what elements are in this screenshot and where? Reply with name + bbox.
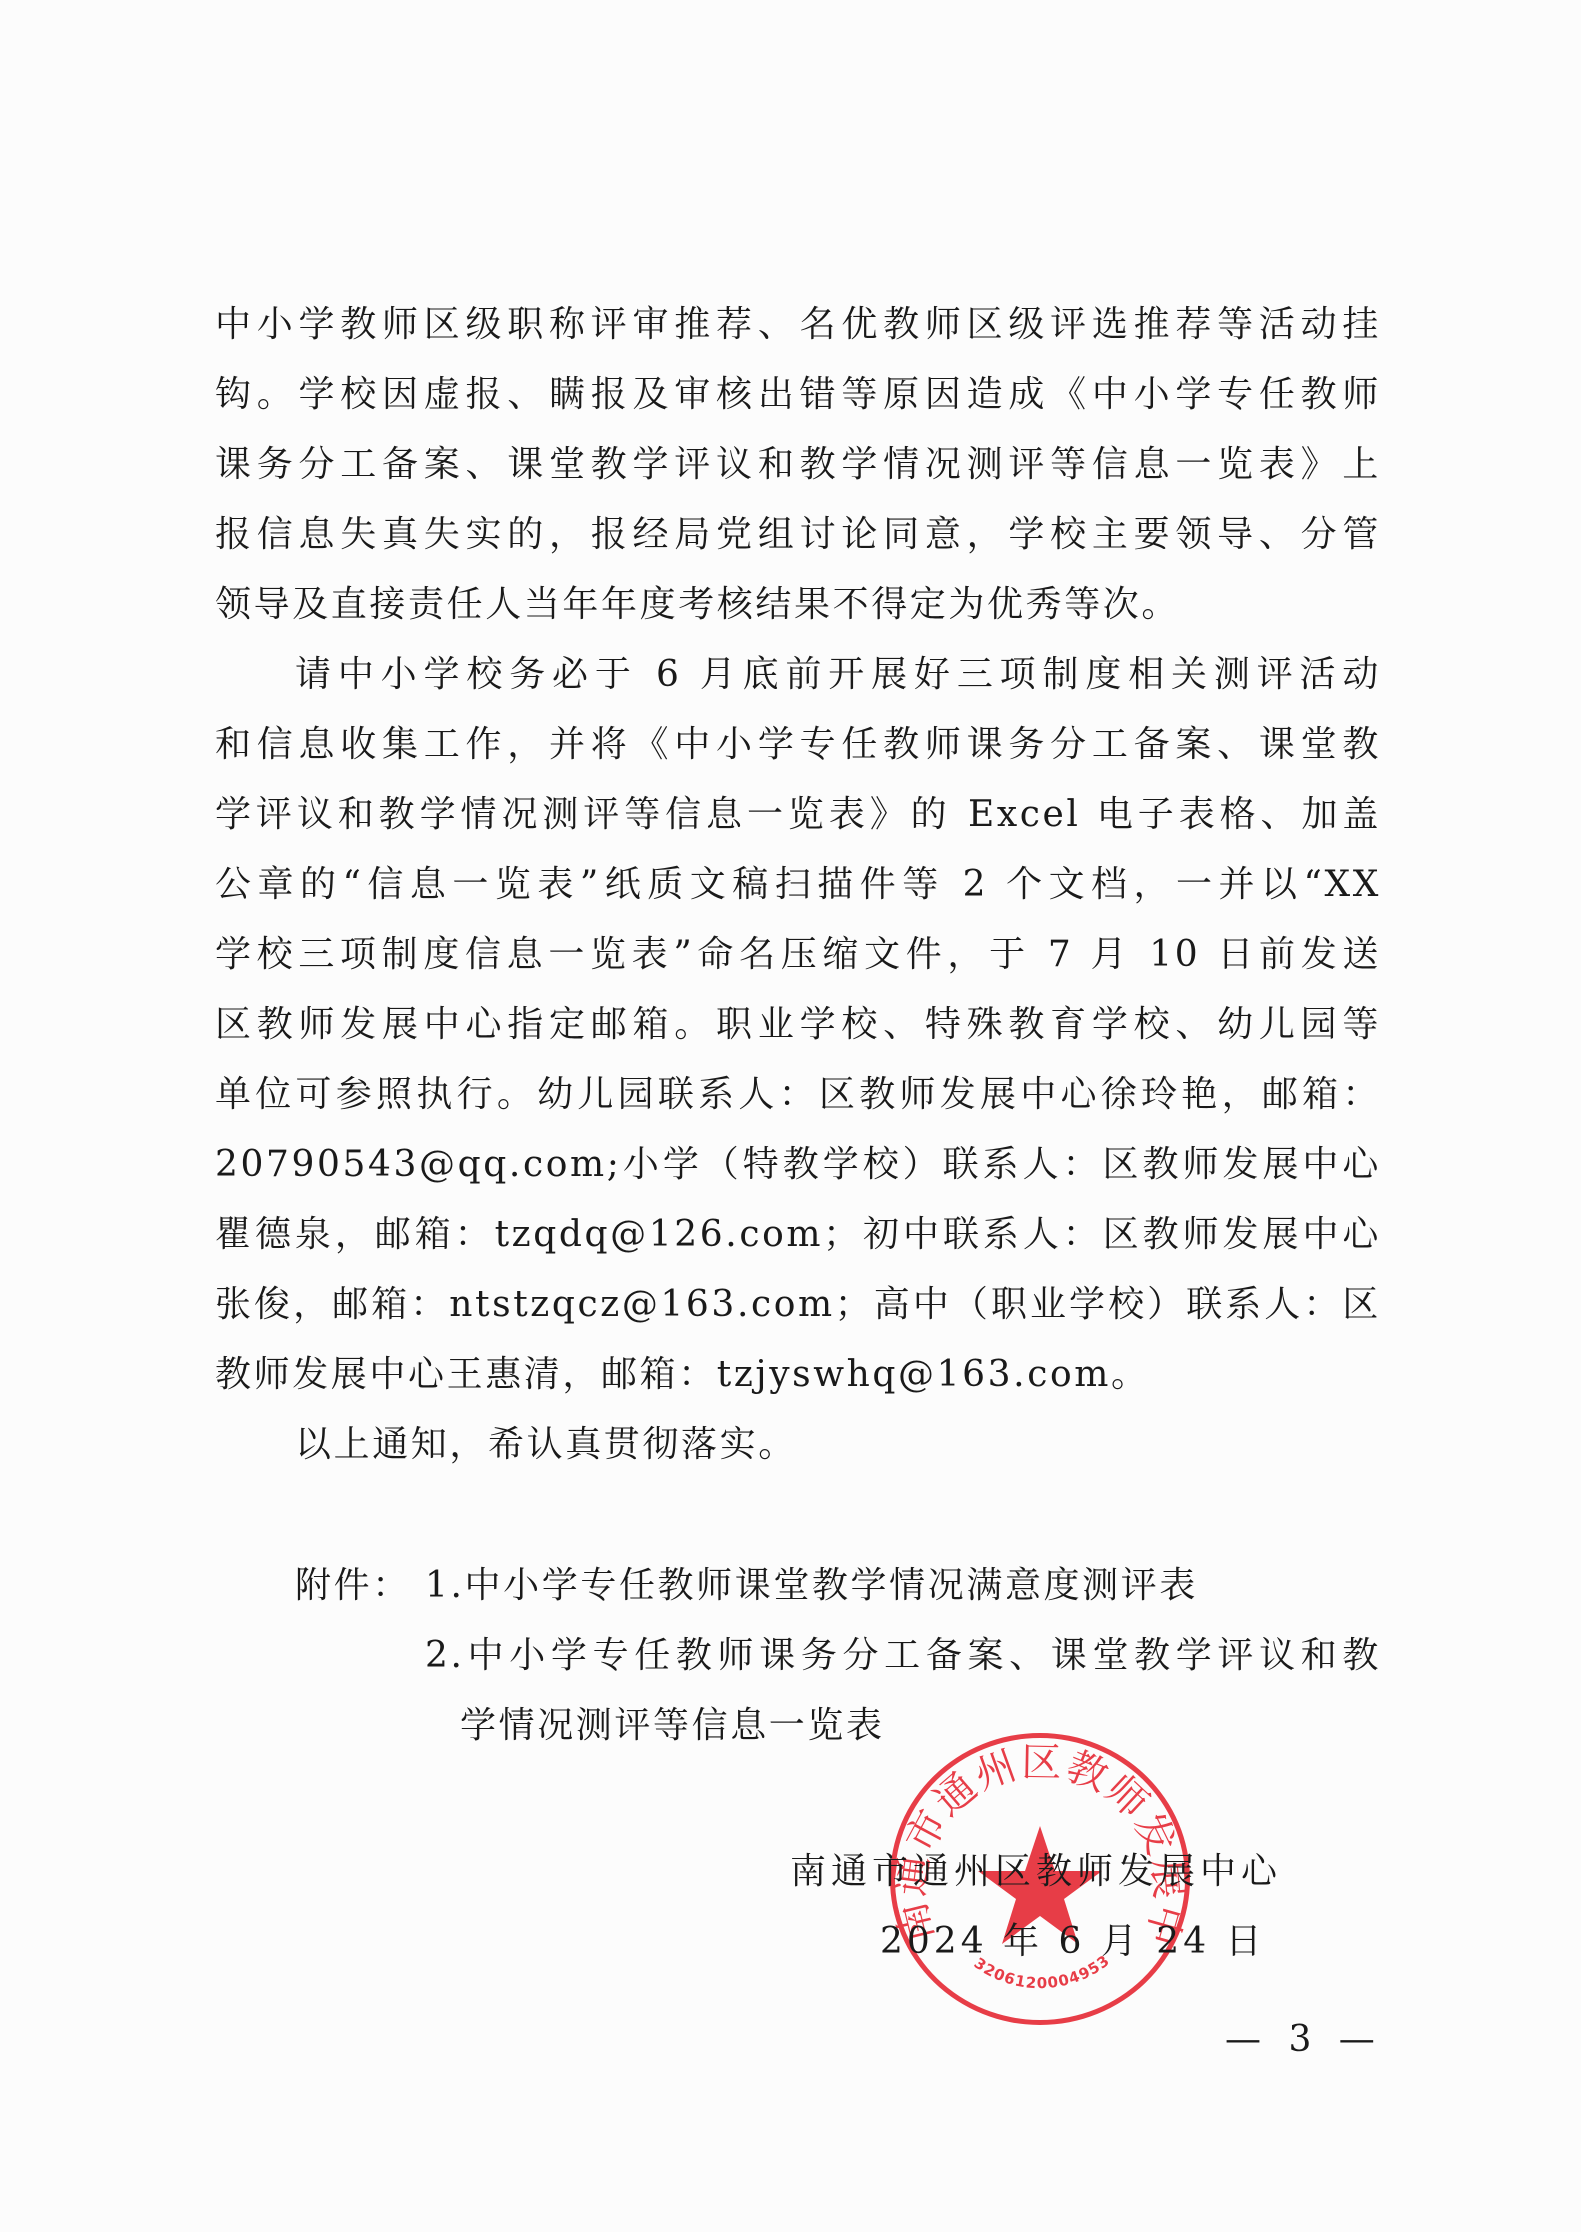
attachment-item-1: 1.中小学专任教师课堂教学情况满意度测评表	[425, 1566, 1581, 1606]
paragraph-2-line-10: 张俊，邮箱：ntstzqcz@163.com；高中（职业学校）联系人：区	[215, 1285, 1381, 1325]
attachment-item-2-line-1: 2.中小学专任教师课务分工备案、课堂教学评议和教	[425, 1636, 1381, 1676]
paragraph-1-line-1: 中小学教师区级职称评审推荐、名优教师区级评选推荐等活动挂	[215, 305, 1381, 345]
paragraph-2-line-5: 学校三项制度信息一览表”命名压缩文件，于 7 月 10 日前发送	[215, 935, 1381, 975]
paragraph-1-line-4: 报信息失真失实的，报经局党组讨论同意，学校主要领导、分管	[215, 515, 1381, 555]
paragraph-1-line-3: 课务分工备案、课堂教学评议和教学情况测评等信息一览表》上	[215, 445, 1381, 485]
paragraph-2-line-1: 请中小学校务必于 6 月底前开展好三项制度相关测评活动	[295, 655, 1381, 695]
paragraph-2-line-4: 公章的“信息一览表”纸质文稿扫描件等 2 个文档，一并以“XX	[215, 865, 1381, 905]
paragraph-2-line-7: 单位可参照执行。幼儿园联系人：区教师发展中心徐玲艳，邮箱：	[215, 1075, 1381, 1115]
paragraph-2-line-8: 20790543@qq.com;小学（特教学校）联系人：区教师发展中心	[215, 1145, 1381, 1185]
paragraph-2-line-9: 瞿德泉，邮箱：tzqdq@126.com；初中联系人：区教师发展中心	[215, 1215, 1381, 1255]
paragraph-1-line-2: 钩。学校因虚报、瞒报及审核出错等原因造成《中小学专任教师	[215, 375, 1381, 415]
page-number: — 3 —	[1225, 2020, 1581, 2060]
closing-line: 以上通知，希认真贯彻落实。	[295, 1425, 1381, 1465]
paragraph-2-line-2: 和信息收集工作，并将《中小学专任教师课务分工备案、课堂教	[215, 725, 1381, 765]
paragraph-2-line-3: 学评议和教学情况测评等信息一览表》的 Excel 电子表格、加盖	[215, 795, 1381, 835]
signature-date: 2024 年 6 月 24 日	[880, 1922, 1581, 1962]
signature-org: 南通市通州区教师发展中心	[790, 1852, 1581, 1892]
paragraph-2-line-6: 区教师发展中心指定邮箱。职业学校、特殊教育学校、幼儿园等	[215, 1005, 1381, 1045]
paragraph-2-line-11: 教师发展中心王惠清，邮箱：tzjyswhq@163.com。	[215, 1355, 1381, 1395]
document-page: 中小学教师区级职称评审推荐、名优教师区级评选推荐等活动挂 钩。学校因虚报、瞒报及…	[0, 0, 1581, 2232]
paragraph-1-line-5: 领导及直接责任人当年年度考核结果不得定为优秀等次。	[215, 585, 1381, 625]
